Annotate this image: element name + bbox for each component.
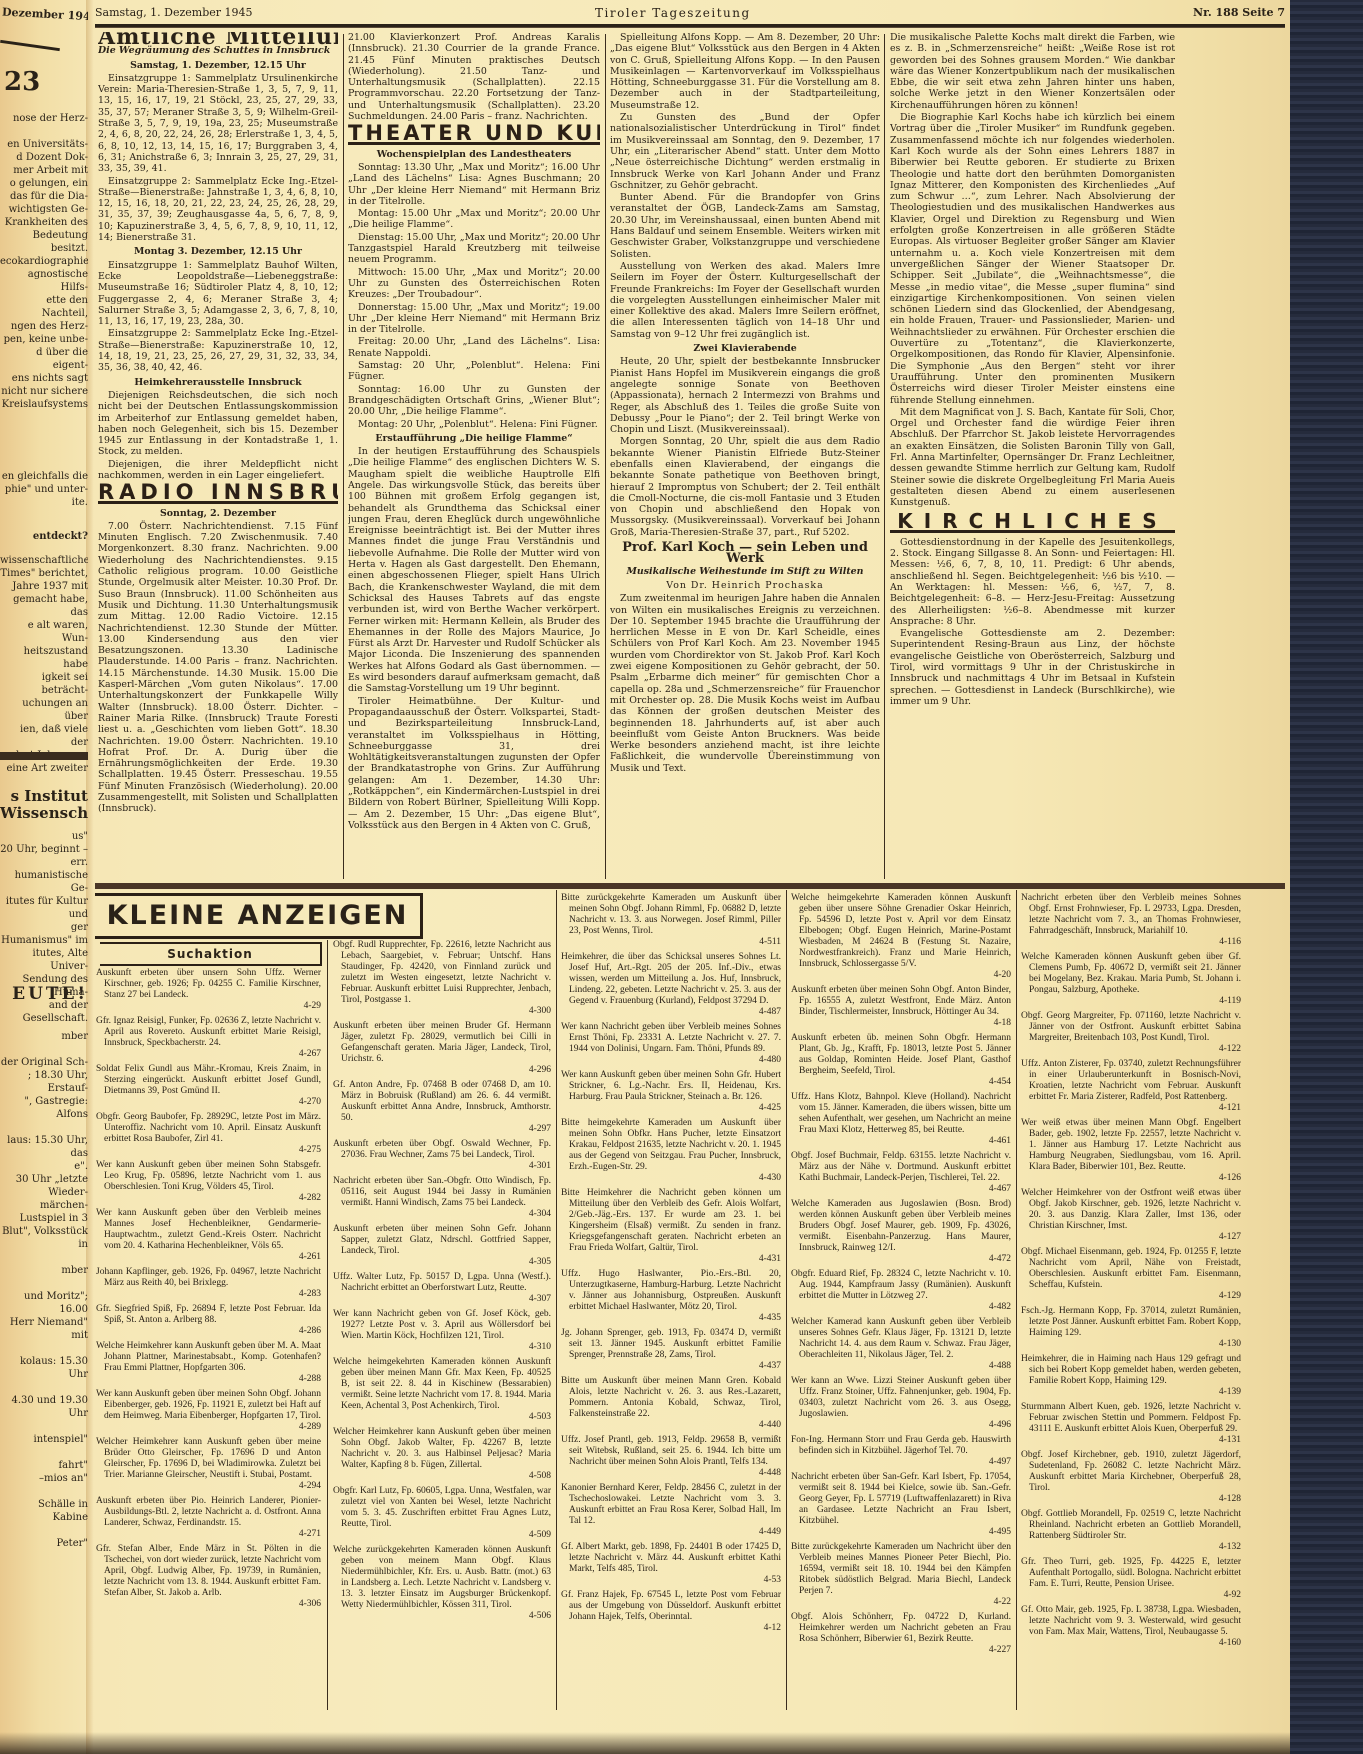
- spielplan-entry: Mittwoch: 15.00 Uhr, „Max und Moritz“; 2…: [348, 267, 600, 301]
- ad-code: 4-22: [799, 1597, 1011, 1608]
- ad-text: Bitte um Auskunft über meinen Mann Gren.…: [561, 1376, 781, 1419]
- ad-code: 4-160: [1029, 1638, 1241, 1649]
- ad-code: 4-503: [341, 1412, 551, 1423]
- ad-text: Wer weiß etwas über meinen Mann Obgf. En…: [1021, 1118, 1241, 1172]
- ad-code: 4-275: [104, 1145, 321, 1156]
- ad-code: 4-132: [1029, 1542, 1241, 1553]
- ad-code: 4-496: [799, 1420, 1011, 1431]
- classified-ad: Wer kann Nachricht geben über Verbleib m…: [561, 1022, 781, 1066]
- ad-text: Gf. Otto Mair, geb. 1925, Fp. L 38738, L…: [1021, 1605, 1241, 1637]
- ad-text: Wer kann an Wwe. Lizzi Steiner Auskunft …: [791, 1376, 1011, 1419]
- paragraph: Gottesdienstordnung in der Kapelle des J…: [890, 537, 1175, 627]
- classified-ad: Welche Kameraden können Auskunft geben ü…: [1021, 952, 1241, 1007]
- ad-text: Welche zurückgekehrten Kameraden können …: [333, 1545, 551, 1610]
- classified-ad: Obgf. Gottlieb Morandell, Fp. 02519 C, l…: [1021, 1509, 1241, 1553]
- ad-text: Welche Kameraden können Auskunft geben ü…: [1021, 952, 1241, 995]
- paragraph: Heute, 20 Uhr, spielt der bestbekannte I…: [610, 356, 880, 435]
- erstauffuehrung-heading: Erstaufführung „Die heilige Flamme“: [348, 433, 600, 444]
- column-2: 21.00 Klavierkonzert Prof. Andreas Karal…: [348, 32, 600, 878]
- author-byline: Von Dr. Heinrich Prochaska: [610, 580, 880, 591]
- ad-code: 4-305: [341, 1257, 551, 1268]
- ad-text: Welche Kameraden aus Jugoslawien (Bosn. …: [791, 1199, 1011, 1253]
- ad-text: Auskunft erbeten über Pio. Heinrich Land…: [96, 1496, 321, 1528]
- ad-code: 4-472: [799, 1254, 1011, 1265]
- paragraph: In der heutigen Erstaufführung des Schau…: [348, 446, 600, 695]
- paragraph: Einsatzgruppe 1: Sammelplatz Ursulinenki…: [98, 73, 338, 175]
- strip-entdeckt-heading: entdeckt?: [0, 530, 88, 543]
- ad-text: Obgf. Gottlieb Morandell, Fp. 02519 C, l…: [1021, 1509, 1241, 1541]
- classified-ad: Fsch.-Jg. Hermann Kopp, Fp. 37014, zulet…: [1021, 1306, 1241, 1350]
- ad-text: Welcher Heimkehrer von der Ostfront weiß…: [1021, 1188, 1241, 1231]
- ad-text: Gfr. Siegfried Spiß, Fp. 26894 F, letzte…: [96, 1304, 321, 1325]
- classified-column-1: Auskunft erbeten über unsern Sohn Uffz. …: [96, 968, 321, 1728]
- paragraph: Morgen Sonntag, 20 Uhr, spielt die aus d…: [610, 436, 880, 538]
- classified-ad: Welche Heimkehrer kann Auskunft geben üb…: [96, 1341, 321, 1385]
- ad-code: 4-294: [104, 1481, 321, 1492]
- ad-code: 4-506: [341, 1611, 551, 1622]
- ad-code: 4-29: [104, 1001, 321, 1012]
- kirchliches-heading: KIRCHLICHES: [890, 516, 1175, 532]
- classified-ad: Nachricht erbeten über San-Gefr. Karl Is…: [791, 1472, 1011, 1538]
- classified-ad: Welcher Heimkehrer kann Auskunft geben ü…: [96, 1437, 321, 1492]
- spielplan-entry: Montag: 15.00 Uhr „Max und Moritz“; 20.0…: [348, 208, 600, 231]
- classified-ad: Bitte zurückgekehrte Kameraden um Nachri…: [791, 1542, 1011, 1608]
- ad-code: 4-131: [1029, 1435, 1241, 1446]
- ad-text: Nachricht erbeten über San-Gefr. Karl Is…: [791, 1472, 1011, 1526]
- column-rule: [605, 34, 606, 879]
- ad-code: 4-122: [1029, 1044, 1241, 1055]
- classified-ad: Welche heimgekehrten Kameraden können Au…: [333, 1357, 551, 1423]
- ad-code: 4-454: [799, 1077, 1011, 1088]
- spielplan-entry: Donnerstag: 15.00 Uhr, „Max und Moritz“;…: [348, 302, 600, 336]
- ad-text: Welcher Heimkehrer kann Auskunft geben ü…: [96, 1437, 321, 1480]
- ad-code: 4-430: [569, 1173, 781, 1184]
- classified-ad: Uffz. Walter Lutz, Fp. 50157 D, Lgpa. Un…: [333, 1272, 551, 1305]
- ad-code: 4-129: [1029, 1291, 1241, 1302]
- classified-ad: Uffz. Anton Zisterer, Fp. 03740, zuletzt…: [1021, 1059, 1241, 1114]
- radio-program: 7.00 Österr. Nachrichtendienst. 7.15 Fün…: [98, 521, 338, 815]
- ad-text: Wer kann Auskunft geben über meinen Sohn…: [96, 1389, 321, 1421]
- ad-code: 4-425: [569, 1103, 781, 1114]
- classified-ad: Johann Kapflinger, geb. 1926, Fp. 04967,…: [96, 1267, 321, 1300]
- ad-text: Auskunft erbeten über Obgf. Oswald Wechn…: [333, 1139, 551, 1160]
- masthead-rule: [95, 24, 1285, 28]
- ad-code: 4-297: [341, 1124, 551, 1135]
- paragraph: Tiroler Heimatbühne. Der Kultur- und Pro…: [348, 696, 600, 832]
- column-3: Spielleitung Alfons Kopp. — Am 8. Dezemb…: [610, 32, 880, 878]
- ad-code: 4-488: [799, 1361, 1011, 1372]
- ad-code: 4-139: [1029, 1387, 1241, 1398]
- classified-ad: Uffz. Hugo Haslwanter, Pio.-Ers.-Btl. 20…: [561, 1269, 781, 1324]
- ad-text: Gfr. Ignaz Reisigl, Funker, Fp. 02636 Z,…: [96, 1016, 321, 1048]
- radio-day-heading: Sonntag, 2. Dezember: [98, 508, 338, 519]
- column-rule: [884, 34, 885, 879]
- page-bottom-edge: [0, 1732, 1330, 1754]
- strip-rule: [0, 40, 60, 51]
- classified-ad: Kanonier Bernhard Kerer, Feldp. 28456 C,…: [561, 1483, 781, 1538]
- ad-code: 4-116: [1029, 937, 1241, 948]
- paragraph: Ausstellung von Werken des akad. Malers …: [610, 261, 880, 340]
- ad-code: 4-53: [569, 1575, 781, 1586]
- classified-ad: Obgf. Michael Eisenmann, geb. 1924, Fp. …: [1021, 1247, 1241, 1302]
- classified-ad: Wer kann Nachricht geben von Gf. Josef K…: [333, 1309, 551, 1353]
- ad-code: 4-448: [569, 1468, 781, 1479]
- paragraph: Zum zweitenmal im heurigen Jahre haben d…: [610, 593, 880, 774]
- classified-ad: Auskunft erbeten über meinen Bruder Gf. …: [333, 1021, 551, 1076]
- classified-ad: Obgf. Josef Kirchebner, geb. 1910, zulet…: [1021, 1450, 1241, 1505]
- spielplan-entry: Montag: 20 Uhr, „Polenblut“. Helena: Fin…: [348, 419, 600, 430]
- classified-ad: Obgf. Alois Schönherr, Fp. 04722 D, Kurl…: [791, 1612, 1011, 1656]
- ad-text: Welche Heimkehrer kann Auskunft geben üb…: [96, 1341, 321, 1373]
- ad-text: Bitte Heimkehrer die Nachricht geben kön…: [561, 1188, 781, 1253]
- previous-page-strip: Dezember 1945 23 nose der Herz- en Unive…: [0, 0, 88, 1754]
- day1-heading: Samstag, 1. Dezember, 12.15 Uhr: [98, 60, 338, 71]
- ad-code: 4-296: [341, 1065, 551, 1076]
- classifieds-top-bar: [95, 883, 1285, 889]
- newspaper-title: Tiroler Tageszeitung: [595, 6, 751, 20]
- spielplan-entry: Sonntag: 16.00 Uhr zu Gunsten der Brandg…: [348, 384, 600, 418]
- ad-code: 4-119: [1029, 996, 1241, 1007]
- classified-column-3: Bitte zurückgekehrte Kameraden um Auskun…: [561, 893, 781, 1723]
- classified-ad: Auskunft erbeten über meinen Sohn Gefr. …: [333, 1224, 551, 1268]
- ad-text: Welche heimgekehrte Kameraden können Aus…: [791, 893, 1011, 969]
- classified-ad: Auskunft erbeten über unsern Sohn Uffz. …: [96, 968, 321, 1012]
- classified-ad: Bitte heimgekehrte Kameraden um Auskunft…: [561, 1118, 781, 1184]
- ad-text: Obgf. Rudl Rupprechter, Fp. 22616, letzt…: [333, 940, 551, 1005]
- ad-code: 4-435: [569, 1313, 781, 1324]
- classified-ad: Uffz. Hans Klotz, Bahnpol. Kleve (Hollan…: [791, 1092, 1011, 1147]
- paragraph: Die Biographie Karl Kochs habe ich kürzl…: [890, 112, 1175, 406]
- column-rule: [786, 890, 787, 1710]
- paragraph: Einsatzgruppe 2: Sammelplatz Ecke Ing.-E…: [98, 328, 338, 373]
- classified-ad: Nachricht erbeten über den Verbleib mein…: [1021, 893, 1241, 948]
- ad-code: 4-227: [799, 1645, 1011, 1656]
- classified-ad: Fon-Ing. Hermann Storr und Frau Gerda ge…: [791, 1435, 1011, 1468]
- column-rule: [556, 890, 557, 1710]
- strip-number: 23: [4, 76, 40, 89]
- ad-text: Gfr. Theo Turri, geb. 1925, Fp. 44225 E,…: [1021, 1557, 1241, 1589]
- ad-code: 4-437: [569, 1361, 781, 1372]
- ad-text: Wer kann Auskunft geben über meinen Sohn…: [561, 1070, 781, 1102]
- ad-code: 4-127: [1029, 1232, 1241, 1243]
- ad-text: Heimkehrer, die über das Schicksal unser…: [561, 952, 781, 1006]
- classified-ad: Welcher Kamerad kann Auskunft geben über…: [791, 1317, 1011, 1372]
- classified-ad: Gf. Franz Hajek, Fp. 67545 L, letzte Pos…: [561, 1590, 781, 1634]
- ad-text: Bitte zurückgekehrte Kameraden um Nachri…: [791, 1542, 1011, 1596]
- ad-text: Obgf. Josef Buchmair, Feldp. 63155. letz…: [791, 1151, 1011, 1183]
- classified-ad: Obgf. Georg Margreiter, Fp. 071160, letz…: [1021, 1011, 1241, 1055]
- ad-code: 4-121: [1029, 1103, 1241, 1114]
- ad-code: 4-449: [569, 1527, 781, 1538]
- klavierabende-heading: Zwei Klavierabende: [610, 343, 880, 354]
- ad-code: 4-495: [799, 1527, 1011, 1538]
- classified-ad: Obgf. Rudl Rupprechter, Fp. 22616, letzt…: [333, 940, 551, 1017]
- ad-code: 4-270: [104, 1097, 321, 1108]
- strip-heute-text: mber der Original Sch- ; 18.30 Uhr, Erst…: [0, 1030, 88, 1550]
- strip-text-top: nose der Herz- en Universitäts- d Dozent…: [0, 112, 88, 411]
- strip-date: Dezember 1945: [2, 5, 88, 23]
- ad-text: Obgf. Alois Schönherr, Fp. 04722 D, Kurl…: [791, 1612, 1011, 1644]
- ad-text: Uffz. Anton Zisterer, Fp. 03740, zuletzt…: [1021, 1059, 1241, 1102]
- ad-text: Heimkehrer, die in Haiming nach Haus 129…: [1021, 1354, 1241, 1386]
- strip-divider: [0, 752, 88, 760]
- book-binding: [1290, 0, 1363, 1754]
- day2-heading: Montag 3. Dezember, 12.15 Uhr: [98, 246, 338, 257]
- ad-code: 4-304: [341, 1209, 551, 1220]
- ad-code: 4-509: [341, 1530, 551, 1541]
- ad-text: Wer kann Nachricht geben von Gf. Josef K…: [333, 1309, 551, 1341]
- classified-column-5: Nachricht erbeten über den Verbleib mein…: [1021, 893, 1241, 1723]
- ad-code: 4-497: [799, 1457, 1011, 1468]
- classified-ad: Welcher Heimkehrer von der Ostfront weiß…: [1021, 1188, 1241, 1243]
- ad-text: Obgfr. Karl Lutz, Fp. 60605, Lgpa. Unna,…: [333, 1486, 551, 1529]
- classified-ad: Bitte zurückgekehrte Kameraden um Auskun…: [561, 893, 781, 948]
- ad-text: Nachricht erbeten über den Verbleib mein…: [1021, 893, 1241, 936]
- ad-code: 4-126: [1029, 1173, 1241, 1184]
- ad-code: 4-306: [104, 1599, 321, 1610]
- ad-text: Fsch.-Jg. Hermann Kopp, Fp. 37014, zulet…: [1021, 1306, 1241, 1338]
- classified-ad: Bitte Heimkehrer die Nachricht geben kön…: [561, 1188, 781, 1265]
- ad-text: Bitte zurückgekehrte Kameraden um Auskun…: [561, 893, 781, 936]
- ad-code: 4-130: [1029, 1339, 1241, 1350]
- ad-code: 4-467: [799, 1184, 1011, 1195]
- ad-text: Welcher Heimkehrer kann Auskunft geben ü…: [333, 1427, 551, 1470]
- classified-ad: Obgfr. Georg Baubofer, Fp. 28929C, letzt…: [96, 1112, 321, 1156]
- ad-text: Gf. Franz Hajek, Fp. 67545 L, letzte Pos…: [561, 1590, 781, 1622]
- issue-page-number: Nr. 188 Seite 7: [1193, 6, 1285, 19]
- ad-text: Wer kann Auskunft geben über meinen Sohn…: [96, 1160, 321, 1192]
- amtliche-heading: Amtliche Mitteilungen: [98, 32, 338, 43]
- ad-code: 4-286: [104, 1326, 321, 1337]
- ad-text: Auskunft erbeten über meinen Sohn Gefr. …: [333, 1224, 551, 1256]
- ad-code: 4-461: [799, 1136, 1011, 1147]
- ad-code: 4-271: [104, 1529, 321, 1540]
- ad-text: Gfr. Stefan Alber, Ende März in St. Pölt…: [96, 1544, 321, 1598]
- classified-ad: Gfr. Theo Turri, geb. 1925, Fp. 44225 E,…: [1021, 1557, 1241, 1601]
- classified-ad: Wer weiß etwas über meinen Mann Obgf. En…: [1021, 1118, 1241, 1184]
- strip-text-mid: en gleichfalls die phie" und unter- ite.: [0, 470, 88, 509]
- column-rule: [327, 940, 328, 1710]
- ad-text: Jg. Johann Sprenger, geb. 1913, Fp. 0347…: [561, 1328, 781, 1360]
- newspaper-page: Dezember 1945 23 nose der Herz- en Unive…: [0, 0, 1330, 1754]
- theater-und-kunst-heading: THEATER UND KUNST: [348, 128, 600, 144]
- classified-ad: Uffz. Josef Prantl, geb. 1913, Feldp. 29…: [561, 1435, 781, 1479]
- ad-text: Obgfr. Georg Baubofer, Fp. 28929C, letzt…: [96, 1112, 321, 1144]
- paragraph: Diejenigen Reichsdeutschen, die sich noc…: [98, 390, 338, 458]
- classified-ad: Obgfr. Karl Lutz, Fp. 60605, Lgpa. Unna,…: [333, 1486, 551, 1541]
- ad-code: 4-431: [569, 1254, 781, 1265]
- classified-ad: Gf. Otto Mair, geb. 1925, Fp. L 38738, L…: [1021, 1605, 1241, 1649]
- ad-text: Gf. Albert Markt, geb. 1898, Fp. 24401 B…: [561, 1542, 781, 1574]
- classified-ad: Auskunft erbeten über meinen Sohn Obgf. …: [791, 985, 1011, 1029]
- spielplan-entry: Samstag: 20 Uhr, „Polenblut“. Helena: Fi…: [348, 360, 600, 383]
- schutt-subheading: Die Wegräumung des Schuttes in Innsbruck: [98, 45, 338, 56]
- classified-ad: Welche Kameraden aus Jugoslawien (Bosn. …: [791, 1199, 1011, 1265]
- ad-text: Uffz. Walter Lutz, Fp. 50157 D, Lgpa. Un…: [333, 1272, 551, 1293]
- column-rule: [343, 34, 344, 879]
- suchaktion-label: Suchaktion: [100, 942, 322, 966]
- heimkehrer-heading: Heimkehrerausstelle Innsbruck: [98, 377, 338, 388]
- ad-code: 4-301: [341, 1161, 551, 1172]
- ad-text: Obgfr. Eduard Rief, Fp. 28324 C, letzte …: [791, 1269, 1011, 1301]
- paragraph: Evangelische Gottesdienste am 2. Dezembe…: [890, 628, 1175, 707]
- paragraph: Spielleitung Alfons Kopp. — Am 8. Dezemb…: [610, 32, 880, 111]
- paragraph: Zu Gunsten des „Bund der Opfer nationals…: [610, 112, 880, 191]
- ad-code: 4-92: [1029, 1590, 1241, 1601]
- classified-ad: Obgfr. Eduard Rief, Fp. 28324 C, letzte …: [791, 1269, 1011, 1313]
- paragraph: Bunter Abend. Für die Brandopfer von Gri…: [610, 192, 880, 260]
- kleine-anzeigen-heading: KLEINE ANZEIGEN: [95, 893, 423, 939]
- ad-text: Soldat Felix Gundl aus Mähr.-Kromau, Kre…: [96, 1064, 321, 1096]
- classified-column-2: Obgf. Rudl Rupprechter, Fp. 22616, letzt…: [333, 940, 551, 1730]
- ad-code: 4-283: [104, 1289, 321, 1300]
- ad-code: 4-288: [104, 1374, 321, 1385]
- ad-text: Auskunft erbeten über meinen Bruder Gf. …: [333, 1021, 551, 1064]
- ad-code: 4-480: [569, 1055, 781, 1066]
- spielplan-entry: Freitag: 20.00 Uhr, „Land des Lächelns“.…: [348, 336, 600, 359]
- ad-code: 4-289: [104, 1422, 321, 1433]
- classified-ad: Gfr. Stefan Alber, Ende März in St. Pölt…: [96, 1544, 321, 1610]
- ad-code: 4-511: [569, 937, 781, 948]
- ad-text: Gf. Anton Andre, Fp. 07468 B oder 07468 …: [333, 1080, 551, 1123]
- classified-ad: Gf. Albert Markt, geb. 1898, Fp. 24401 B…: [561, 1542, 781, 1586]
- paragraph: Einsatzgruppe 1: Sammelplatz Bauhof Wilt…: [98, 260, 338, 328]
- karl-koch-subheading: Musikalische Weihestunde im Stift zu Wil…: [610, 566, 880, 577]
- classified-ad: Welche zurückgekehrten Kameraden können …: [333, 1545, 551, 1622]
- classified-ad: Gfr. Siegfried Spiß, Fp. 26894 F, letzte…: [96, 1304, 321, 1337]
- ad-text: Nachricht erbeten über San.-Obgfr. Otto …: [333, 1176, 551, 1208]
- classified-column-4: Welche heimgekehrte Kameraden können Aus…: [791, 893, 1011, 1723]
- ad-text: Kanonier Bernhard Kerer, Feldp. 28456 C,…: [561, 1483, 781, 1526]
- ad-text: Wer kann Nachricht geben über Verbleib m…: [561, 1022, 781, 1054]
- spielplan-entry: Dienstag: 15.00 Uhr, „Max und Moritz“; 2…: [348, 232, 600, 266]
- ad-text: Auskunft erbeten üb. meinen Sohn Obgfr. …: [791, 1033, 1011, 1076]
- ad-code: 4-261: [104, 1252, 321, 1263]
- paragraph: Mit dem Magnificat von J. S. Bach, Kanta…: [890, 407, 1175, 509]
- classified-ad: Sturmmann Albert Kuen, geb. 1926, letzte…: [1021, 1402, 1241, 1446]
- classified-ad: Welcher Heimkehrer kann Auskunft geben ü…: [333, 1427, 551, 1482]
- strip-heute-heading: EUTE!: [0, 988, 88, 1001]
- ad-text: Uffz. Hans Klotz, Bahnpol. Kleve (Hollan…: [791, 1092, 1011, 1135]
- classified-ad: Wer kann Auskunft geben über meinen Sohn…: [96, 1389, 321, 1433]
- classified-ad: Wer kann Auskunft geben über meinen Sohn…: [96, 1160, 321, 1204]
- classified-ad: Gfr. Ignaz Reisigl, Funker, Fp. 02636 Z,…: [96, 1016, 321, 1060]
- ad-text: Obgf. Michael Eisenmann, geb. 1924, Fp. …: [1021, 1247, 1241, 1290]
- ad-code: 4-482: [799, 1302, 1011, 1313]
- classified-ad: Bitte um Auskunft über meinen Mann Gren.…: [561, 1376, 781, 1431]
- classified-ad: Heimkehrer, die in Haiming nach Haus 129…: [1021, 1354, 1241, 1398]
- ad-code: 4-282: [104, 1193, 321, 1204]
- classified-ad: Soldat Felix Gundl aus Mähr.-Kromau, Kre…: [96, 1064, 321, 1108]
- classified-ad: Wer kann Auskunft geben über meinen Sohn…: [561, 1070, 781, 1114]
- ad-code: 4-310: [341, 1342, 551, 1353]
- classified-ad: Welche heimgekehrte Kameraden können Aus…: [791, 893, 1011, 981]
- ad-text: Welche heimgekehrten Kameraden können Au…: [333, 1357, 551, 1411]
- paragraph: Die musikalische Palette Kochs malt dire…: [890, 32, 1175, 111]
- classified-ad: Gf. Anton Andre, Fp. 07468 B oder 07468 …: [333, 1080, 551, 1135]
- classified-ad: Wer kann Auskunft geben über den Verblei…: [96, 1208, 321, 1263]
- karl-koch-heading: Prof. Karl Koch — sein Leben und Werk: [610, 542, 880, 565]
- classified-ad: Auskunft erbeten über Obgf. Oswald Wechn…: [333, 1139, 551, 1172]
- classified-ad: Jg. Johann Sprenger, geb. 1913, Fp. 0347…: [561, 1328, 781, 1372]
- ad-code: 4-487: [569, 1007, 781, 1018]
- classified-ad: Obgf. Josef Buchmair, Feldp. 63155. letz…: [791, 1151, 1011, 1195]
- classified-ad: Auskunft erbeten über Pio. Heinrich Land…: [96, 1496, 321, 1540]
- ad-text: Auskunft erbeten über meinen Sohn Obgf. …: [791, 985, 1011, 1017]
- issue-date: Samstag, 1. Dezember 1945: [95, 6, 253, 19]
- ad-text: Fon-Ing. Hermann Storr und Frau Gerda ge…: [791, 1435, 1011, 1456]
- ad-text: Wer kann Auskunft geben über den Verblei…: [96, 1208, 321, 1251]
- radio-program-continued: 21.00 Klavierkonzert Prof. Andreas Karal…: [348, 32, 600, 122]
- ad-code: 4-508: [341, 1471, 551, 1482]
- ad-code: 4-307: [341, 1294, 551, 1305]
- ad-code: 4-12: [569, 1623, 781, 1634]
- ad-code: 4-18: [799, 1018, 1011, 1029]
- ad-code: 4-267: [104, 1049, 321, 1060]
- paragraph: Diejenigen, die ihrer Meldepflicht nicht…: [98, 459, 338, 482]
- ad-text: Uffz. Hugo Haslwanter, Pio.-Ers.-Btl. 20…: [561, 1269, 781, 1312]
- column-1: Amtliche Mitteilungen Die Wegräumung des…: [98, 32, 338, 878]
- spielplan-heading: Wochenspielplan des Landestheaters: [348, 149, 600, 160]
- column-4: Die musikalische Palette Kochs malt dire…: [890, 32, 1175, 878]
- classified-ad: Wer kann an Wwe. Lizzi Steiner Auskunft …: [791, 1376, 1011, 1431]
- spielplan-list: Sonntag: 13.30 Uhr, „Max und Moritz“; 16…: [348, 162, 600, 430]
- ad-text: Bitte heimgekehrte Kameraden um Auskunft…: [561, 1118, 781, 1172]
- classified-ad: Heimkehrer, die über das Schicksal unser…: [561, 952, 781, 1018]
- strip-entdeckt-text: wissenschaftlicher Times" berichtet, Jah…: [0, 554, 88, 775]
- ad-code: 4-20: [799, 970, 1011, 981]
- classified-ad: Nachricht erbeten über San.-Obgfr. Otto …: [333, 1176, 551, 1220]
- ad-text: Sturmmann Albert Kuen, geb. 1926, letzte…: [1021, 1402, 1241, 1434]
- classified-ad: Auskunft erbeten üb. meinen Sohn Obgfr. …: [791, 1033, 1011, 1088]
- ad-text: Johann Kapflinger, geb. 1926, Fp. 04967,…: [96, 1267, 321, 1288]
- spielplan-entry: Sonntag: 13.30 Uhr, „Max und Moritz“; 16…: [348, 162, 600, 207]
- paragraph: Einsatzgruppe 2: Sammelplatz Ecke Ing.-E…: [98, 176, 338, 244]
- column-rule: [1016, 890, 1017, 1710]
- ad-text: Uffz. Josef Prantl, geb. 1913, Feldp. 29…: [561, 1435, 781, 1467]
- ad-code: 4-128: [1029, 1494, 1241, 1505]
- ad-text: Welcher Kamerad kann Auskunft geben über…: [791, 1317, 1011, 1360]
- ad-text: Obgf. Georg Margreiter, Fp. 071160, letz…: [1021, 1011, 1241, 1043]
- ad-code: 4-300: [341, 1006, 551, 1017]
- ad-text: Auskunft erbeten über unsern Sohn Uffz. …: [96, 968, 321, 1000]
- radio-innsbruck-heading: RADIO INNSBRUCK: [98, 487, 338, 503]
- strip-institut-heading: s Institut Wissenschaft: [0, 788, 88, 822]
- ad-text: Obgf. Josef Kirchebner, geb. 1910, zulet…: [1021, 1450, 1241, 1493]
- ad-code: 4-440: [569, 1420, 781, 1431]
